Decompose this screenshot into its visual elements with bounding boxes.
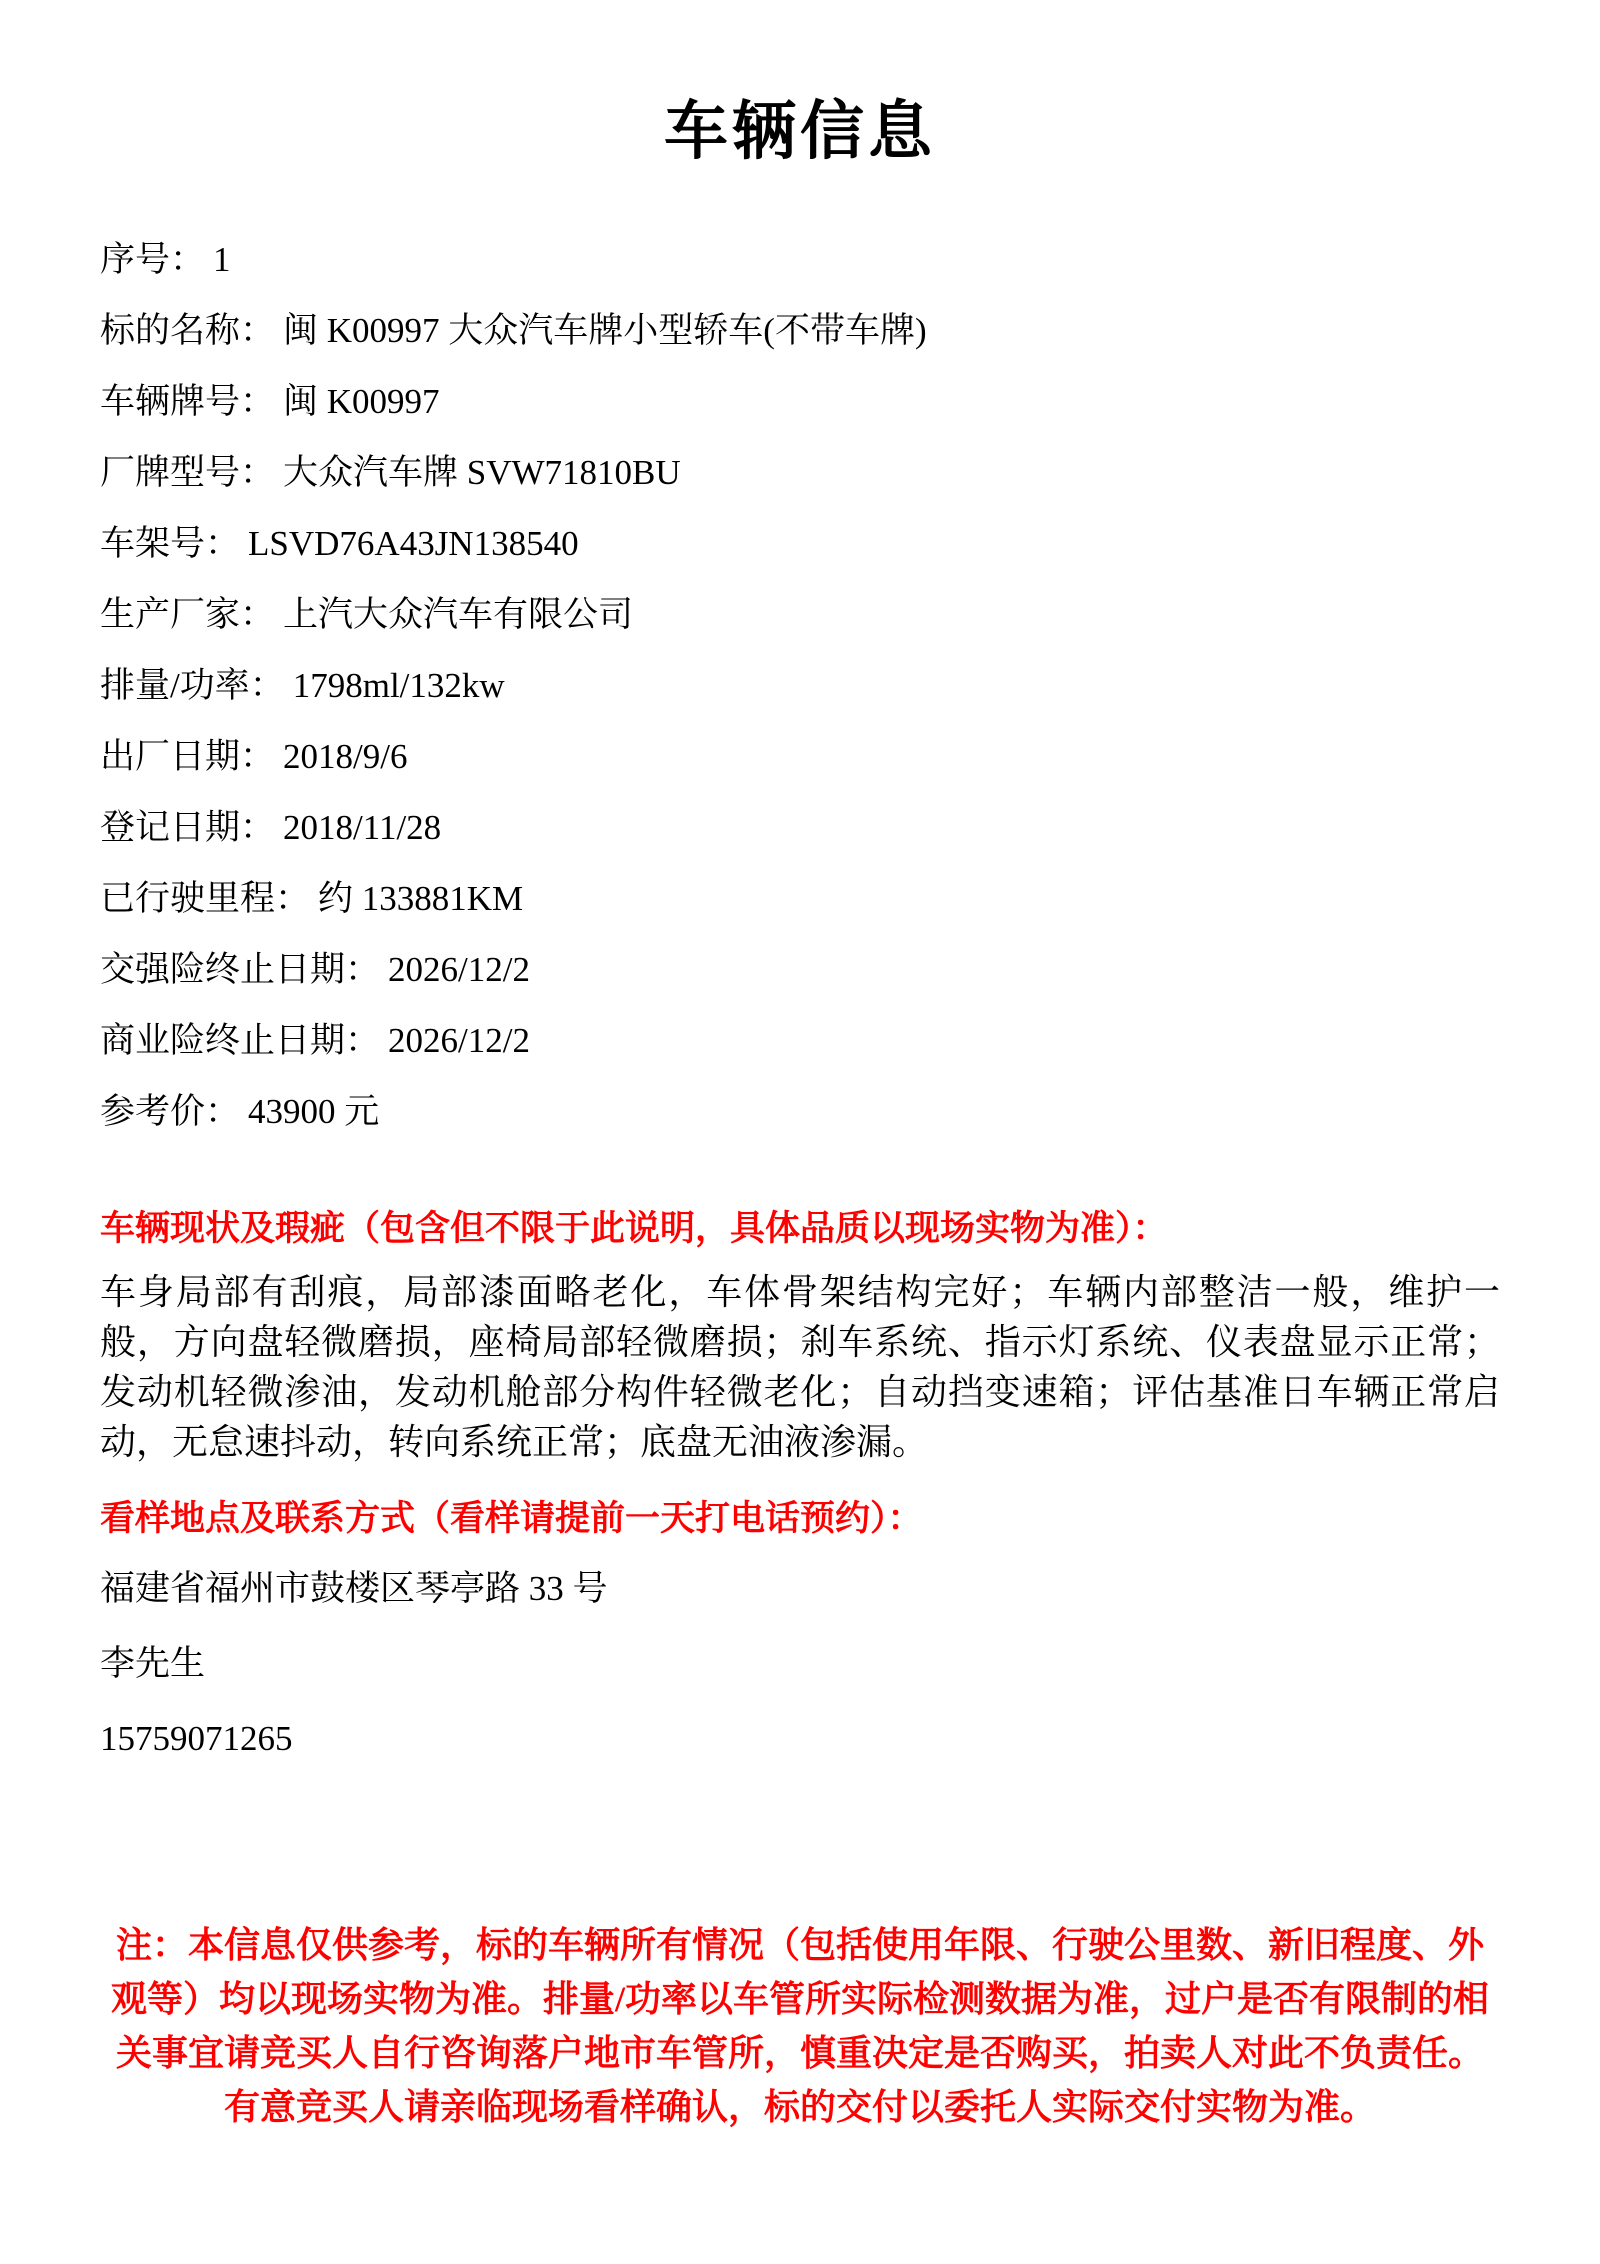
disclaimer-note: 注：本信息仅供参考，标的车辆所有情况（包括使用年限、行驶公里数、新旧程度、外观等…: [100, 1918, 1500, 2134]
field-value: 2026/12/2: [388, 950, 530, 989]
field-row-manufacturer: 生产厂家：上汽大众汽车有限公司: [100, 579, 1500, 650]
field-row-commercial-insurance-end: 商业险终止日期：2026/12/2: [100, 1005, 1500, 1076]
field-value: 43900 元: [248, 1092, 379, 1131]
viewing-contact-block: 福建省福州市鼓楼区琴亭路 33 号 李先生 15759071265: [100, 1551, 1500, 1776]
field-value: 2018/9/6: [283, 737, 407, 776]
condition-section-heading: 车辆现状及瑕疵（包含但不限于此说明，具体品质以现场实物为准）：: [100, 1205, 1500, 1253]
field-value: 闽 K00997: [283, 382, 440, 421]
field-label: 序号：: [100, 240, 205, 279]
viewing-section-heading: 看样地点及联系方式（看样请提前一天打电话预约）：: [100, 1495, 1500, 1543]
field-value: 2018/11/28: [283, 808, 441, 847]
page-title: 车辆信息: [100, 80, 1500, 172]
field-row-vin: 车架号：LSVD76A43JN138540: [100, 508, 1500, 579]
field-value: 闽 K00997 大众汽车牌小型轿车(不带车牌): [283, 311, 927, 350]
field-value: LSVD76A43JN138540: [248, 524, 579, 563]
field-label: 厂牌型号：: [100, 453, 275, 492]
field-value: 约 133881KM: [318, 879, 523, 918]
field-value: 大众汽车牌 SVW71810BU: [283, 453, 681, 492]
field-value: 1: [213, 240, 231, 279]
field-value: 上汽大众汽车有限公司: [283, 595, 633, 634]
vehicle-fields: 序号：1 标的名称：闽 K00997 大众汽车牌小型轿车(不带车牌) 车辆牌号：…: [100, 224, 1500, 1147]
field-row-brand-model: 厂牌型号：大众汽车牌 SVW71810BU: [100, 437, 1500, 508]
field-label: 生产厂家：: [100, 595, 275, 634]
field-row-reference-price: 参考价：43900 元: [100, 1076, 1500, 1147]
condition-description: 车身局部有刮痕，局部漆面略老化，车体骨架结构完好；车辆内部整洁一般，维护一般，方…: [100, 1267, 1500, 1467]
field-row-subject-name: 标的名称：闽 K00997 大众汽车牌小型轿车(不带车牌): [100, 295, 1500, 366]
field-label: 登记日期：: [100, 808, 275, 847]
field-row-factory-date: 出厂日期：2018/9/6: [100, 721, 1500, 792]
contact-phone: 15759071265: [100, 1701, 1500, 1776]
field-row-plate-number: 车辆牌号：闽 K00997: [100, 366, 1500, 437]
field-value: 2026/12/2: [388, 1021, 530, 1060]
contact-name: 李先生: [100, 1626, 1500, 1701]
field-row-serial-number: 序号：1: [100, 224, 1500, 295]
field-row-registration-date: 登记日期：2018/11/28: [100, 792, 1500, 863]
field-value: 1798ml/132kw: [293, 666, 505, 705]
document-page: 车辆信息 序号：1 标的名称：闽 K00997 大众汽车牌小型轿车(不带车牌) …: [0, 0, 1600, 2264]
field-label: 已行驶里程：: [100, 879, 310, 918]
field-label: 车辆牌号：: [100, 382, 275, 421]
field-label: 出厂日期：: [100, 737, 275, 776]
field-row-displacement-power: 排量/功率：1798ml/132kw: [100, 650, 1500, 721]
field-label: 商业险终止日期：: [100, 1021, 380, 1060]
field-label: 标的名称：: [100, 311, 275, 350]
field-label: 交强险终止日期：: [100, 950, 380, 989]
field-label: 参考价：: [100, 1092, 240, 1131]
field-label: 车架号：: [100, 524, 240, 563]
viewing-address: 福建省福州市鼓楼区琴亭路 33 号: [100, 1551, 1500, 1626]
field-row-mileage: 已行驶里程：约 133881KM: [100, 863, 1500, 934]
field-row-compulsory-insurance-end: 交强险终止日期：2026/12/2: [100, 934, 1500, 1005]
field-label: 排量/功率：: [100, 666, 285, 705]
